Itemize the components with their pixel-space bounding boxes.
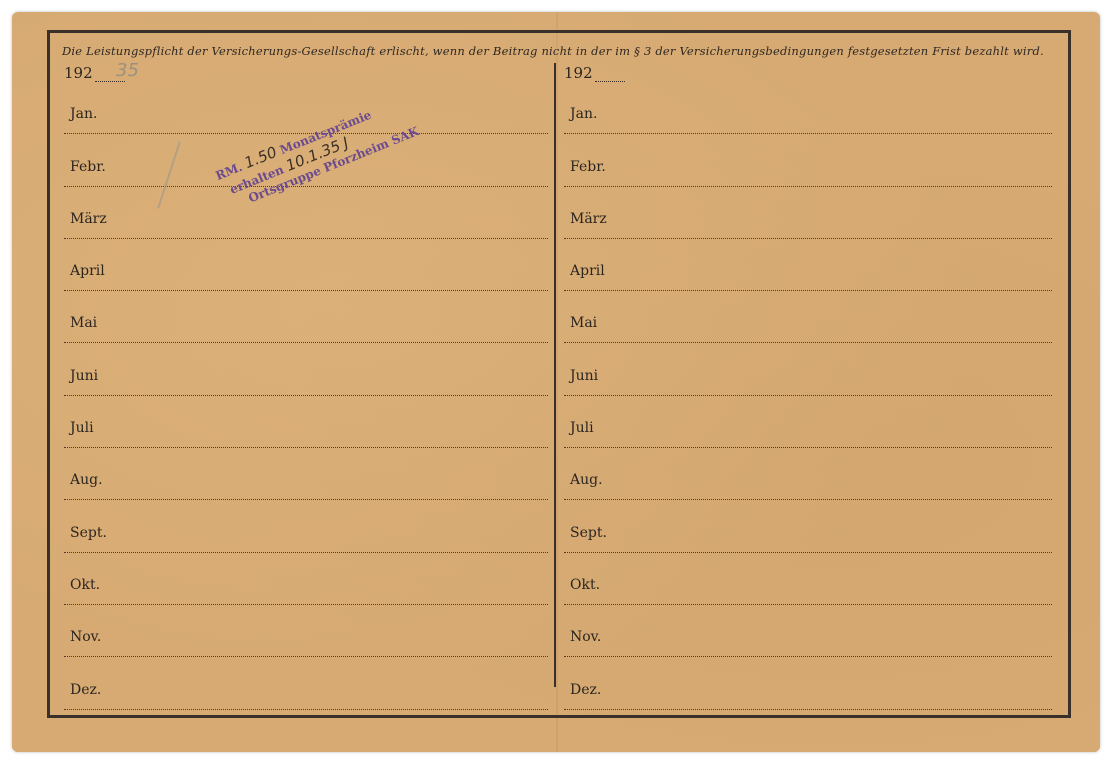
month-label: Okt. [570,577,600,593]
right-year: 192 [564,66,1052,82]
payment-entry-line [64,709,548,710]
month-label: Mai [70,315,97,331]
right-year-blank [595,71,625,82]
left-month-row: Aug. [64,448,548,500]
month-label: Febr. [570,159,606,175]
right-month-row: Juni [564,343,1052,395]
month-label: Jan. [70,106,97,122]
handwritten-year: 35 [116,60,139,81]
left-month-row: Mai [64,291,548,343]
center-divider [554,63,556,687]
right-month-row: Juli [564,396,1052,448]
left-month-row: März [64,187,548,239]
month-label: Jan. [570,106,597,122]
month-label: Dez. [70,682,101,698]
month-label: Sept. [70,525,107,541]
month-label: Nov. [70,629,101,645]
left-month-row: Nov. [64,605,548,657]
month-label: April [570,263,605,279]
right-month-row: Aug. [564,448,1052,500]
left-month-row: Juli [64,396,548,448]
left-month-row: Juni [64,343,548,395]
month-label: März [570,211,607,227]
month-label: Juli [70,420,94,436]
month-label: April [70,263,105,279]
left-month-row: Okt. [64,553,548,605]
month-label: Okt. [70,577,100,593]
right-month-row: April [564,239,1052,291]
payment-entry-line [564,709,1052,710]
month-label: Aug. [570,472,603,488]
right-month-row: Okt. [564,553,1052,605]
right-page-column: 192 Jan.Febr.MärzAprilMaiJuniJuliAug.Sep… [564,66,1052,710]
right-month-row: Nov. [564,605,1052,657]
month-label: Aug. [70,472,103,488]
right-month-row: Dez. [564,657,1052,709]
left-year-prefix: 192 [64,64,93,82]
right-month-row: März [564,187,1052,239]
month-label: Juni [570,368,598,384]
month-label: Sept. [570,525,607,541]
left-month-row: Sept. [64,500,548,552]
month-label: März [70,211,107,227]
month-label: Nov. [570,629,601,645]
right-month-row: Sept. [564,500,1052,552]
month-label: Dez. [570,682,601,698]
left-month-row: Dez. [64,657,548,709]
month-label: Juli [570,420,594,436]
right-month-row: Febr. [564,134,1052,186]
month-label: Febr. [70,159,106,175]
month-label: Juni [70,368,98,384]
right-year-prefix: 192 [564,64,593,82]
header-notice: Die Leistungspflicht der Versicherungs-G… [62,44,1057,58]
left-month-row: April [64,239,548,291]
right-month-row: Jan. [564,82,1052,134]
right-month-row: Mai [564,291,1052,343]
month-label: Mai [570,315,597,331]
